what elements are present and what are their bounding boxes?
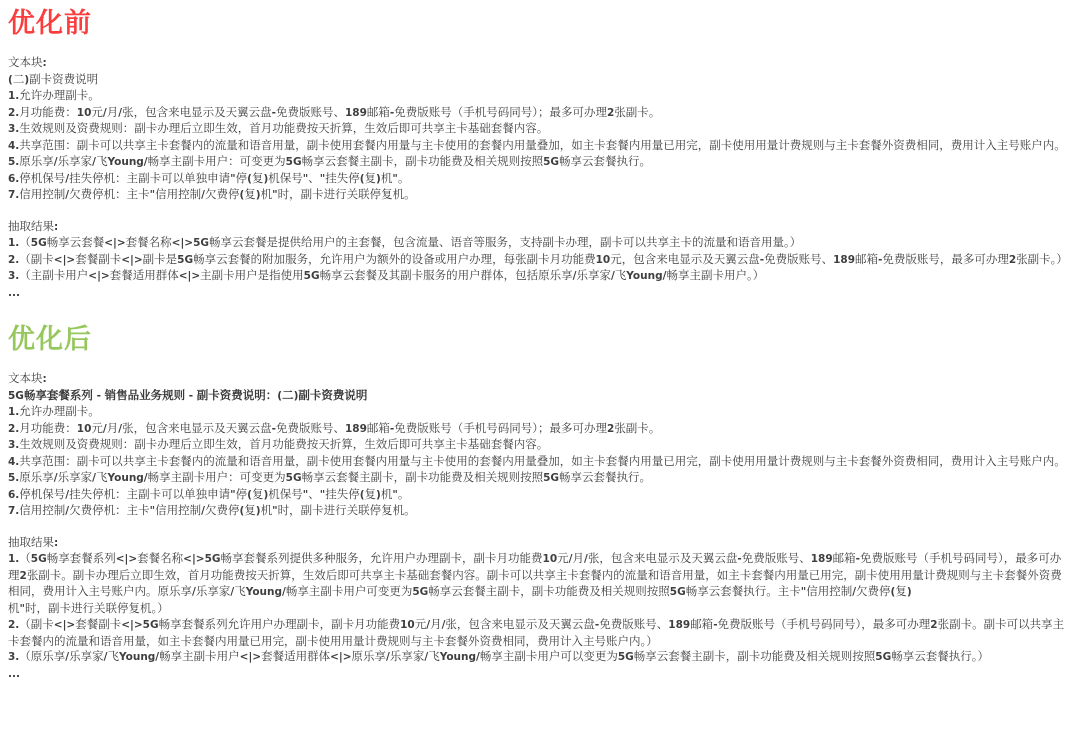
before-optimization-section: 优化前 文本块: (二)副卡资费说明 1.允许办理副卡。 2.月功能费：10元/…: [8, 8, 1068, 301]
before-extract-line-3: 3.（主副卡用户<|>套餐适用群体<|>主副卡用户是指使用5G畅享云套餐及其副卡…: [8, 268, 1068, 285]
before-rule-line-7: 7.信用控制/欠费停机：主卡"信用控制/欠费停(复)机"时，副卡进行关联停复机。: [8, 187, 1068, 204]
after-section-heading: 优化后: [8, 324, 1068, 356]
after-ellipsis: ...: [8, 666, 1068, 683]
before-rule-line-1: 1.允许办理副卡。: [8, 88, 1068, 105]
after-text-block-label: 文本块:: [8, 371, 1068, 388]
before-extract-label: 抽取结果:: [8, 219, 1068, 236]
comparison-document: 优化前 文本块: (二)副卡资费说明 1.允许办理副卡。 2.月功能费：10元/…: [0, 0, 1080, 735]
after-rule-line-7: 7.信用控制/欠费停机：主卡"信用控制/欠费停(复)机"时，副卡进行关联停复机。: [8, 503, 1068, 520]
after-rule-line-5: 5.原乐享/乐享家/飞Young/畅享主副卡用户：可变更为5G畅享云套餐主副卡，…: [8, 470, 1068, 487]
before-ellipsis: ...: [8, 285, 1068, 302]
after-extract-line-3: 3.（原乐享/乐享家/飞Young/畅享主副卡用户<|>套餐适用群体<|>原乐享…: [8, 649, 1068, 666]
before-rule-line-6: 6.停机保号/挂失停机：主副卡可以单独申请"停(复)机保号"、"挂失停(复)机"…: [8, 171, 1068, 188]
after-extract-line-1: 1.（5G畅享套餐系列<|>套餐名称<|>5G畅享套餐系列提供多种服务，允许用户…: [8, 551, 1068, 617]
after-rule-line-4: 4.共享范围：副卡可以共享主卡套餐内的流量和语音用量，副卡使用套餐内用量与主卡使…: [8, 454, 1068, 471]
before-rule-line-5: 5.原乐享/乐享家/飞Young/畅享主副卡用户：可变更为5G畅享云套餐主副卡，…: [8, 154, 1068, 171]
after-rule-line-2: 2.月功能费：10元/月/张，包含来电显示及天翼云盘-免费版账号、189邮箱-免…: [8, 421, 1068, 438]
before-extract-line-1: 1.（5G畅享云套餐<|>套餐名称<|>5G畅享云套餐是提供给用户的主套餐，包含…: [8, 235, 1068, 252]
after-extract-label: 抽取结果:: [8, 535, 1068, 552]
before-section-heading: 优化前: [8, 8, 1068, 40]
before-rule-line-3: 3.生效规则及资费规则：副卡办理后立即生效，首月功能费按天折算，生效后即可共享主…: [8, 121, 1068, 138]
after-optimization-section: 优化后 文本块: 5G畅享套餐系列 - 销售品业务规则 - 副卡资费说明：(二)…: [8, 324, 1068, 682]
after-rule-line-3: 3.生效规则及资费规则：副卡办理后立即生效，首月功能费按天折算，生效后即可共享主…: [8, 437, 1068, 454]
before-rule-line-2: 2.月功能费：10元/月/张，包含来电显示及天翼云盘-免费版账号、189邮箱-免…: [8, 105, 1068, 122]
before-text-block-subtitle: (二)副卡资费说明: [8, 72, 1068, 89]
after-text-block-breadcrumb: 5G畅享套餐系列 - 销售品业务规则 - 副卡资费说明：(二)副卡资费说明: [8, 388, 1068, 405]
before-rule-line-4: 4.共享范围：副卡可以共享主卡套餐内的流量和语音用量，副卡使用套餐内用量与主卡使…: [8, 138, 1068, 155]
after-extract-line-2: 2.（副卡<|>套餐副卡<|>5G畅享套餐系列允许用户办理副卡，副卡月功能费10…: [8, 617, 1068, 649]
before-extract-line-2: 2.（副卡<|>套餐副卡<|>副卡是5G畅享云套餐的附加服务，允许用户为额外的设…: [8, 252, 1068, 269]
after-rule-line-6: 6.停机保号/挂失停机：主副卡可以单独申请"停(复)机保号"、"挂失停(复)机"…: [8, 487, 1068, 504]
blank-line: [8, 204, 1068, 219]
after-rule-line-1: 1.允许办理副卡。: [8, 404, 1068, 421]
before-text-block-label: 文本块:: [8, 55, 1068, 72]
blank-line: [8, 520, 1068, 535]
